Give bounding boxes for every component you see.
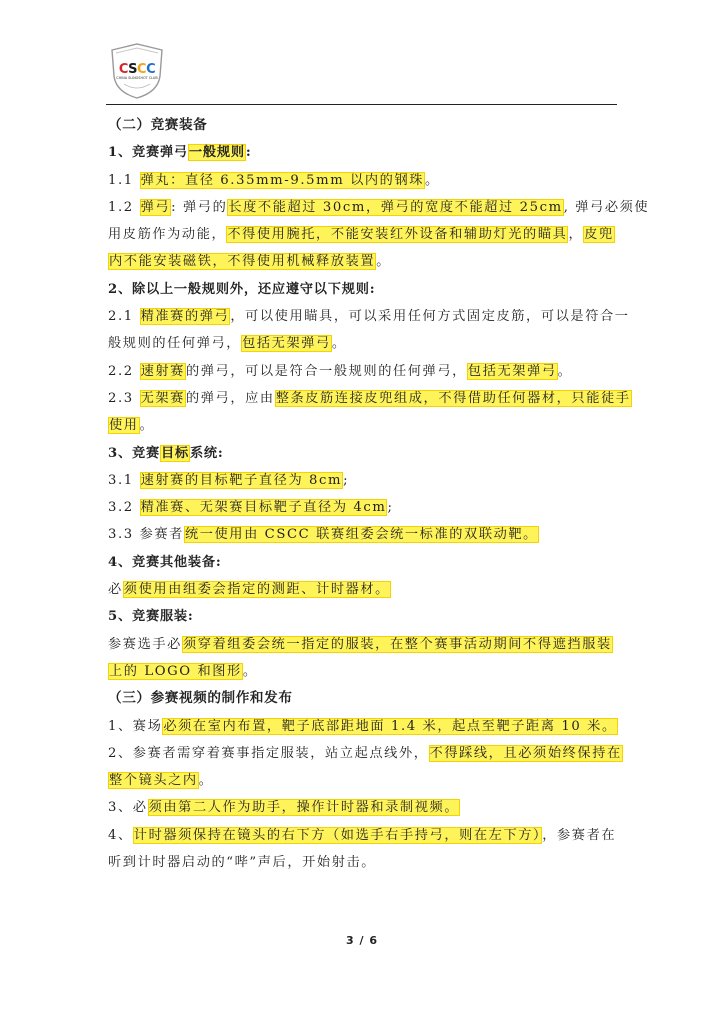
highlight: 上的 LOGO 和图形 [108,663,243,680]
highlight: 须由第二人作为助手，操作计时器和录制视频。 [148,799,461,816]
rule-5-line1: 参赛选手必须穿着组委会统一指定的服装，在整个赛事活动期间不得遮挡服装 [108,631,614,658]
highlight: 计时器须保持在镜头的右下方（如选手右手持弓，则在左下方） [133,827,542,844]
highlight: 精准赛、无架赛目标靶子直径为 4cm [140,499,388,516]
highlight: 统一使用由 CSCC 联赛组委会统一标准的双联动靶。 [184,526,539,543]
rule-2-1-line2: 般规则的任何弹弓，包括无架弹弓。 [108,330,614,357]
header-divider [106,104,617,105]
highlight: 不得踩线，且必须始终保持在 [429,745,623,762]
highlight: 皮兜 [583,226,615,243]
rule-3-3: 3.3 参赛者统一使用由 CSCC 联赛组委会统一标准的双联动靶。 [108,521,614,548]
highlight: 速射赛 [140,363,186,380]
highlight: 使用 [108,417,140,434]
rule-2-3-line1: 2.3 无架赛的弹弓，应由整条皮筋连接皮兜组成，不得借助任何器材，只能徒手 [108,385,614,412]
svg-text:CHINA SLINGSHOT CLUB: CHINA SLINGSHOT CLUB [116,76,158,80]
rule-1-2-line3: 内不能安装磁铁，不得使用机械释放装置。 [108,248,614,275]
rule-3-1: 3.1 速射赛的目标靶子直径为 8cm; [108,467,614,494]
document-page: CSCC CHINA SLINGSHOT CLUB （二）竞赛装备 1、竞赛弹弓… [0,0,724,1023]
highlight: 一般规则 [188,144,246,161]
svg-text:CSCC: CSCC [119,62,155,77]
highlight: 长度不能超过 30cm，弹弓的宽度不能超过 25cm [227,199,563,216]
rule-5-line2: 上的 LOGO 和图形。 [108,658,614,685]
highlight: 不得使用腕托，不能安装红外设备和辅助灯光的瞄具 [226,226,568,243]
highlight: 无架赛 [140,390,186,407]
page-number: 3 / 6 [0,934,724,947]
highlight: 目标 [160,445,190,462]
highlight: 内不能安装磁铁，不得使用机械释放装置 [108,253,376,270]
video-item-3: 3、必须由第二人作为助手，操作计时器和录制视频。 [108,794,614,821]
rule-2-3-line2: 使用。 [108,412,614,439]
highlight: 必须在室内布置，靶子底部距地面 1.4 米，起点至靶子距离 10 米。 [162,718,617,735]
highlight: 精准赛的弹弓 [140,308,231,325]
highlight: 须穿着组委会统一指定的服装，在整个赛事活动期间不得遮挡服装 [182,636,613,653]
rule-heading-5: 5、竞赛服装: [108,603,614,630]
rule-heading-1: 1、竞赛弹弓一般规则: [108,139,614,166]
highlight: 弹丸：直径 6.35mm-9.5mm 以内的钢珠 [140,172,425,189]
highlight: 包括无架弹弓 [467,363,558,380]
video-item-2-line2: 整个镜头之内。 [108,767,614,794]
rule-3-2: 3.2 精准赛、无架赛目标靶子直径为 4cm; [108,494,614,521]
highlight: 整条皮筋连接皮兜组成，不得借助任何器材，只能徒手 [275,390,632,407]
cscc-logo: CSCC CHINA SLINGSHOT CLUB [106,42,168,100]
highlight: 须使用由组委会指定的测距、计时器材。 [123,581,391,598]
video-item-1: 1、赛场必须在室内布置，靶子底部距地面 1.4 米，起点至靶子距离 10 米。 [108,713,614,740]
rule-4-body: 必须使用由组委会指定的测距、计时器材。 [108,576,614,603]
rule-2-2: 2.2 速射赛的弹弓，可以是符合一般规则的任何弹弓，包括无架弹弓。 [108,358,614,385]
section-title-equipment: （二）竞赛装备 [108,112,614,139]
highlight: 速射赛的目标靶子直径为 8cm [140,472,344,489]
video-item-4-line2: 听到计时器启动的“哔”声后，开始射击。 [108,849,614,876]
rule-heading-3: 3、竞赛目标系统: [108,440,614,467]
document-body: （二）竞赛装备 1、竞赛弹弓一般规则: 1.1 弹丸：直径 6.35mm-9.5… [108,112,614,876]
highlight: 包括无架弹弓 [241,335,332,352]
rule-heading-2: 2、除以上一般规则外，还应遵守以下规则: [108,276,614,303]
highlight: 弹弓 [140,199,172,216]
section-title-video: （三）参赛视频的制作和发布 [108,685,614,712]
rule-1-2-line1: 1.2 弹弓: 弹弓的长度不能超过 30cm，弹弓的宽度不能超过 25cm, 弹… [108,194,614,221]
rule-2-1-line1: 2.1 精准赛的弹弓，可以使用瞄具，可以采用任何方式固定皮筋，可以是符合一 [108,303,614,330]
rule-heading-4: 4、竞赛其他装备: [108,549,614,576]
rule-1-1: 1.1 弹丸：直径 6.35mm-9.5mm 以内的钢珠。 [108,167,614,194]
highlight: 整个镜头之内 [108,772,199,789]
video-item-4-line1: 4、计时器须保持在镜头的右下方（如选手右手持弓，则在左下方），参赛者在 [108,822,614,849]
rule-1-2-line2: 用皮筋作为动能，不得使用腕托，不能安装红外设备和辅助灯光的瞄具，皮兜 [108,221,614,248]
video-item-2-line1: 2、参赛者需穿着赛事指定服装，站立起点线外，不得踩线，且必须始终保持在 [108,740,614,767]
